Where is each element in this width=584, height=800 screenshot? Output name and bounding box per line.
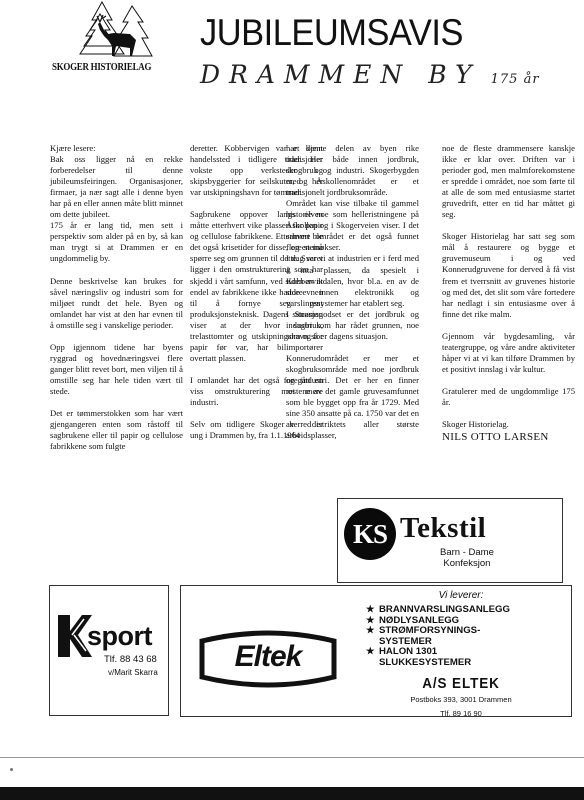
paragraph: noe de fleste drammensere kanskje ikke e… <box>442 143 575 220</box>
paragraph: Skoger Historielag har satt seg som mål … <box>442 231 575 319</box>
eltek-phone: Tlf. 89 16 90 <box>366 709 556 718</box>
paragraph: Konnerudområdet er mer et skogbruksområd… <box>286 353 419 441</box>
star-icon <box>366 658 379 669</box>
subtitle-years: 175 år <box>491 72 540 87</box>
eltek-product-list: ★BRANNVARSLINGSANLEGG ★NØDLYSANLEGG ★STR… <box>366 605 556 669</box>
item-text: SLUKKESYSTEMER <box>379 658 471 669</box>
item-text: BRANNVARSLINGSANLEGG <box>379 605 510 616</box>
ksport-contact: v/Marit Skarra <box>108 668 158 677</box>
paragraph: Gratulerer med de ungdommlige 175 år. <box>442 386 575 408</box>
ks-tekstil-name: Tekstil <box>400 512 486 545</box>
eltek-intro: Vi leverer: <box>366 590 556 601</box>
paragraph: 175 år er lang tid, men sett i perspekti… <box>50 220 183 264</box>
eltek-address: Postboks 393, 3001 Drammen <box>366 695 556 704</box>
ks-tekstil-ad: KS Tekstil Barn - Dame Konfeksjon <box>337 498 563 583</box>
author-signature: NILS OTTO LARSEN <box>442 432 575 443</box>
article-column-1: Kjære lesere: Bak oss ligger nå en rekke… <box>50 143 183 463</box>
skoger-historielag-logo: SKOGER HISTORIELAG <box>52 0 162 80</box>
paragraph: Bak oss ligger nå en rekke forberedelser… <box>50 154 183 220</box>
ks-line-2: Konfeksjon <box>440 558 494 569</box>
article-column-4: noe de fleste drammensere kanskje ikke e… <box>442 143 575 443</box>
paragraph: Gjennom vår bygdesamling, vår teatergrup… <box>442 331 575 375</box>
page-edge-rule <box>0 757 584 758</box>
paragraph: har denne delen av byen rike tradisjoner… <box>286 143 419 198</box>
eltek-info: Vi leverer: ★BRANNVARSLINGSANLEGG ★NØDLY… <box>366 590 556 718</box>
subtitle-city: DRAMMEN BY <box>200 60 481 89</box>
eltek-ad: Eltek Vi leverer: ★BRANNVARSLINGSANLEGG … <box>180 585 572 717</box>
page-subtitle: DRAMMEN BY175 år <box>200 60 540 89</box>
ks-badge-icon: KS <box>344 508 396 560</box>
star-icon: ★ <box>366 647 379 658</box>
paragraph: I Strømsgodset er det jordbruk og indust… <box>286 309 419 342</box>
article-column-3: har denne delen av byen rike tradisjoner… <box>286 143 419 452</box>
paragraph: Opp igjennom tidene har byens ryggrad og… <box>50 342 183 397</box>
list-item: ★BRANNVARSLINGSANLEGG <box>366 605 556 616</box>
star-icon: ★ <box>366 626 379 637</box>
eltek-logo: Eltek <box>198 640 338 674</box>
paragraph: I dag ser vi at industrien er i ferd med… <box>286 253 419 308</box>
list-item: SLUKKESYSTEMER <box>366 658 556 669</box>
sign-off: Skoger Historielag. <box>442 419 575 430</box>
ks-line-1: Barn - Dame <box>440 547 494 558</box>
ksport-name: sport <box>87 621 152 652</box>
logo-text: SKOGER HISTORIELAG <box>52 62 154 73</box>
reindeer-trees-icon <box>70 0 160 62</box>
ksport-ad: sport Tlf. 88 43 68 v/Marit Skarra <box>49 585 169 716</box>
eltek-company: A/S ELTEK <box>376 675 547 692</box>
paragraph: Denne beskrivelse kan brukes for såvel n… <box>50 276 183 331</box>
ks-tekstil-tagline: Barn - Dame Konfeksjon <box>440 547 494 569</box>
scan-bottom-band <box>0 787 584 800</box>
star-icon: ★ <box>366 605 379 616</box>
scan-speck <box>10 768 13 771</box>
paragraph: Området kan vise tilbake til gammel hist… <box>286 198 419 253</box>
paragraph: Det er tømmerstokken som har vært gjenga… <box>50 408 183 452</box>
ksport-phone: Tlf. 88 43 68 <box>104 654 157 665</box>
page-title: JUBILEUMSAVIS <box>200 14 463 51</box>
salutation: Kjære lesere: <box>50 143 183 154</box>
